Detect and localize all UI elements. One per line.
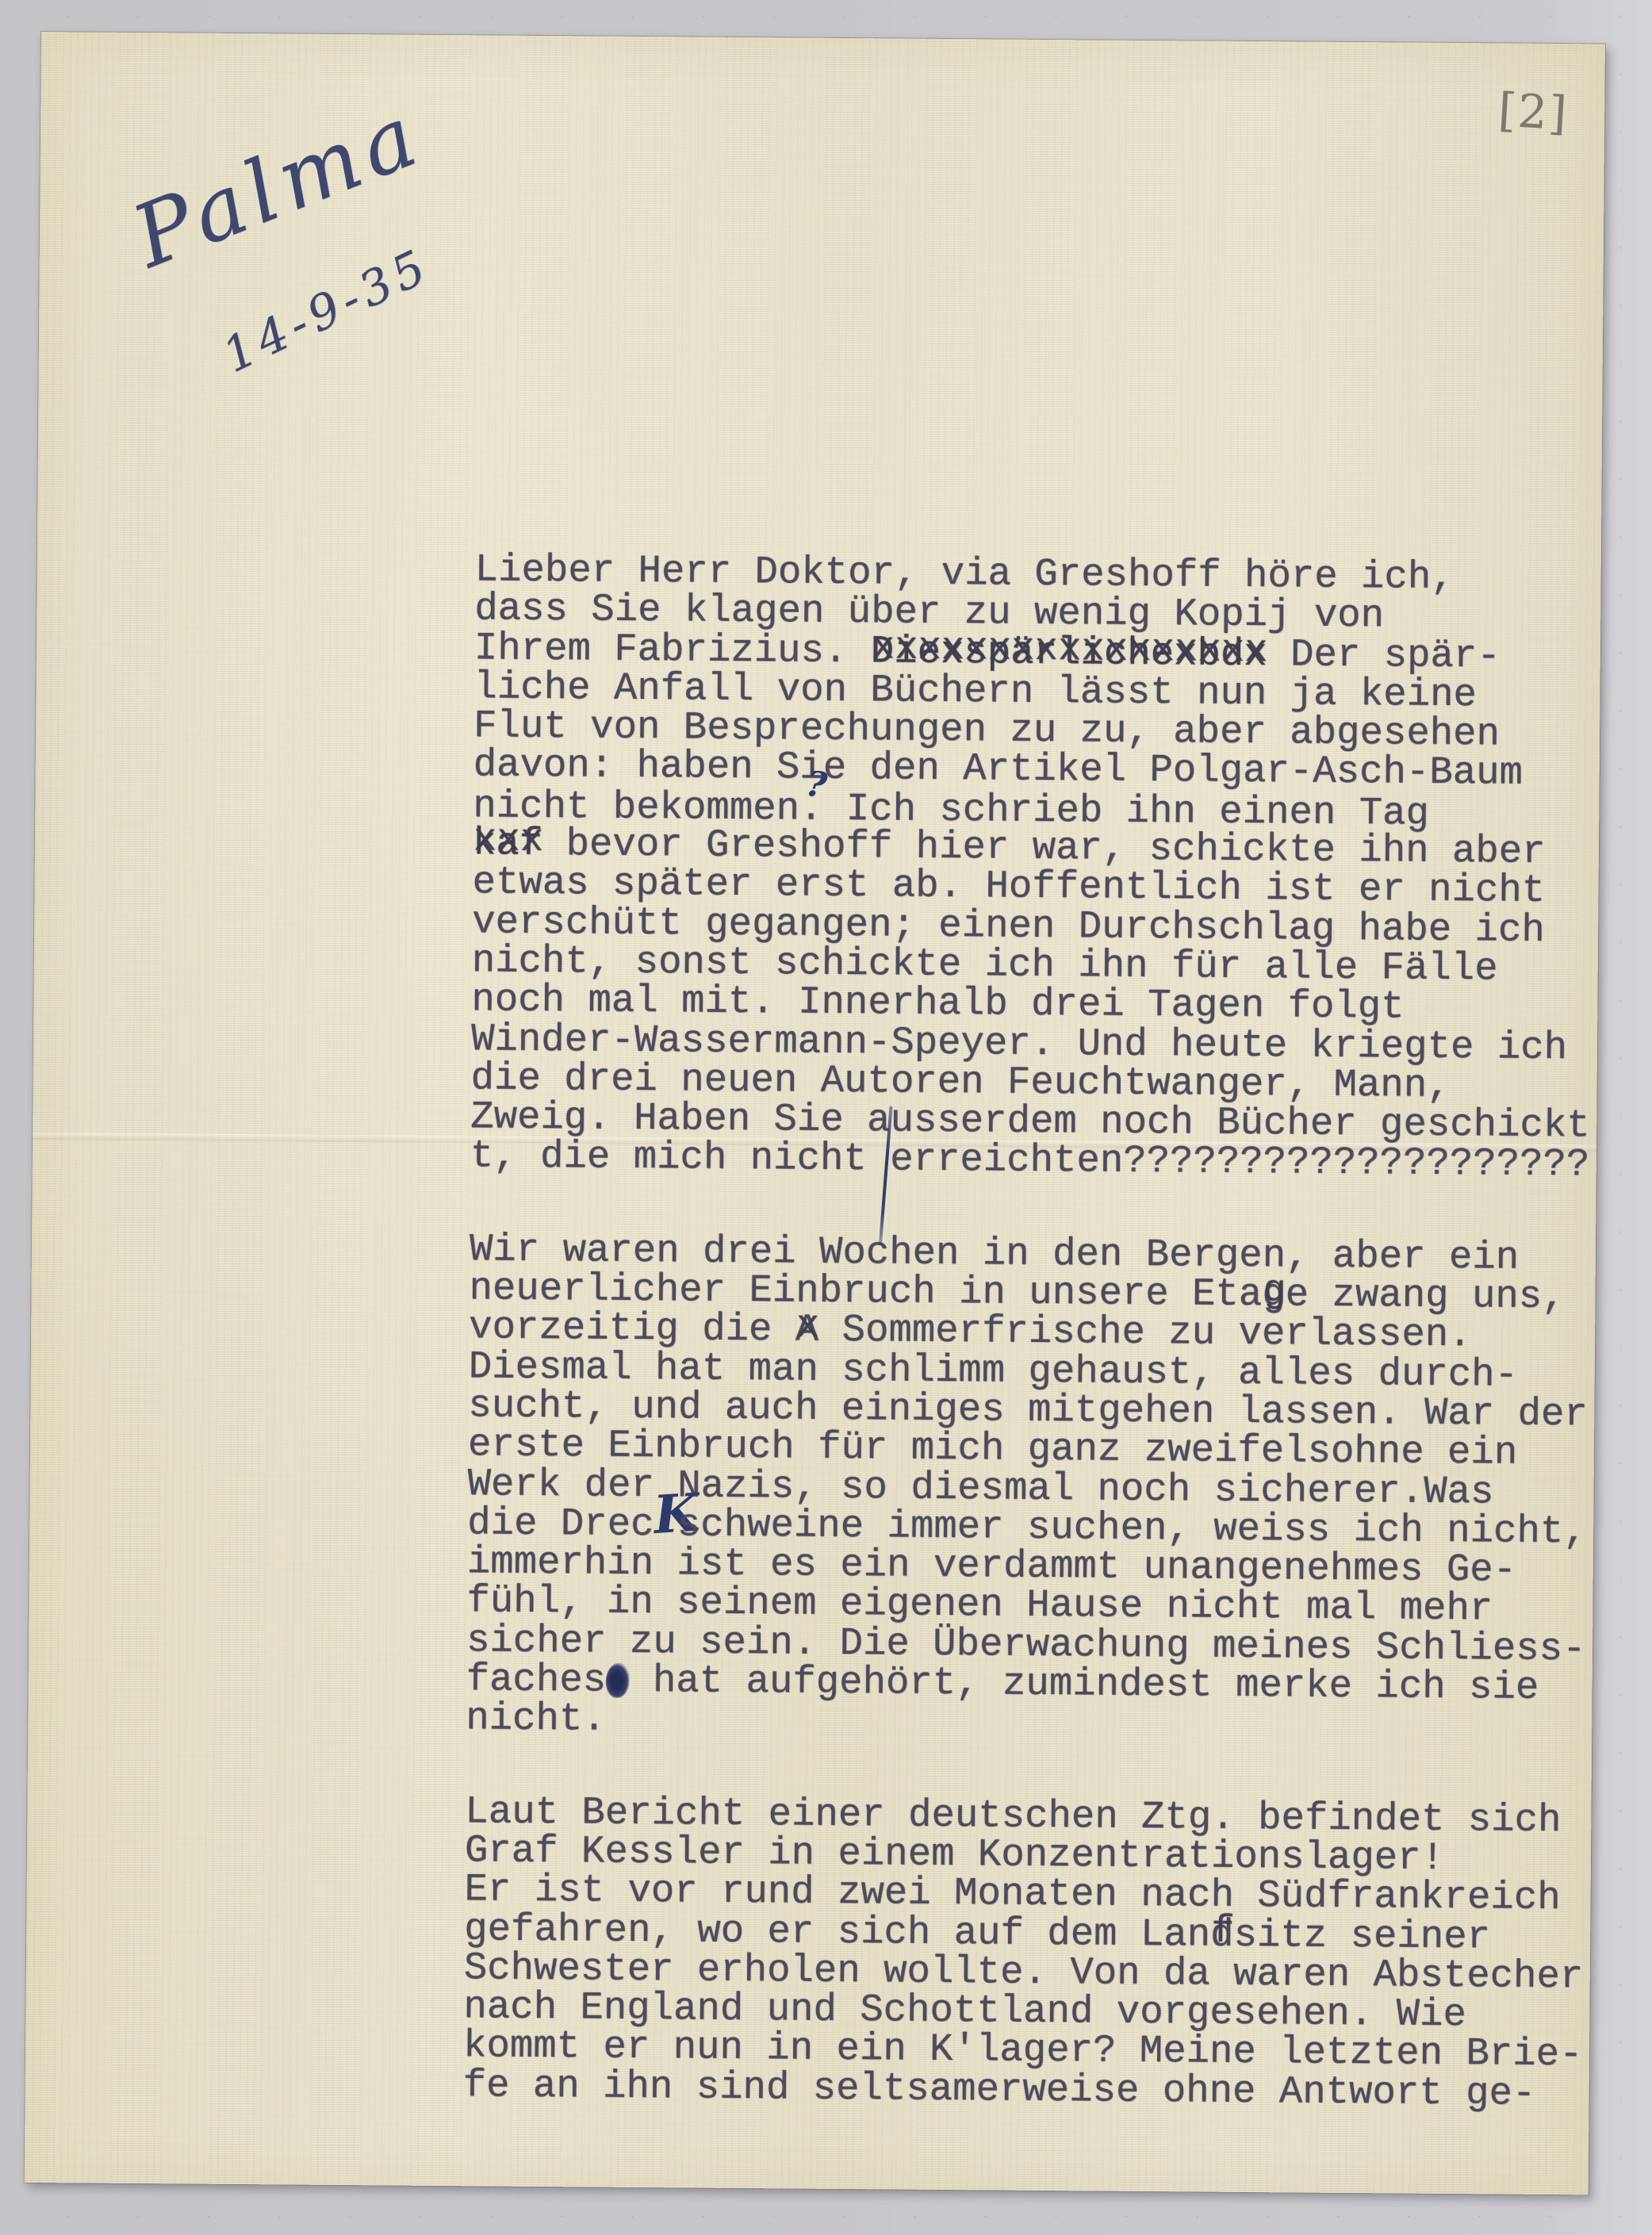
page-number-pencil: [2] (1497, 82, 1570, 140)
letter-body: Lieber Herr Doktor, via Greshoff höre ic… (462, 550, 1594, 2168)
letter-line: faches hat aufgehört, zumindest merke ic… (466, 1660, 1586, 1708)
paragraph: Laut Bericht einer deutschen Ztg. befind… (462, 1792, 1585, 2114)
typed-text: erreichten???????????????????? (890, 1137, 1590, 1187)
typed-text: fe an ihn sind seltsamerweise ohne Antwo… (462, 2063, 1535, 2116)
ink-inserted-letter: K (654, 1513, 677, 1515)
scan-background: Palma 14-9-35 [2] Lieber Herr Doktor, vi… (0, 0, 1652, 2235)
typed-text: t, die mich nicht (470, 1134, 891, 1182)
ink-blot (606, 1663, 630, 1698)
typed-text: hat aufgehört, zumindest merke ich sie (629, 1658, 1539, 1710)
letter-line: fe an ihn sind seltsamerweise ohne Antwo… (462, 2066, 1582, 2114)
paragraph: Wir waren drei Wochen in den Bergen, abe… (466, 1230, 1589, 1747)
typed-text: nicht. (466, 1696, 606, 1742)
paragraph: Lieber Herr Doktor, via Greshoff höre ic… (470, 550, 1595, 1185)
letter-line: t, die mich nicht erreichten????????????… (470, 1137, 1590, 1185)
letter-page: Palma 14-9-35 [2] Lieber Herr Doktor, vi… (25, 32, 1605, 2195)
overtyped-char: A (795, 1308, 819, 1352)
overtyped-char: d (1210, 1912, 1234, 1957)
overtyped-char: g (1262, 1272, 1286, 1317)
handwritten-date: 14-9-35 (214, 238, 439, 384)
